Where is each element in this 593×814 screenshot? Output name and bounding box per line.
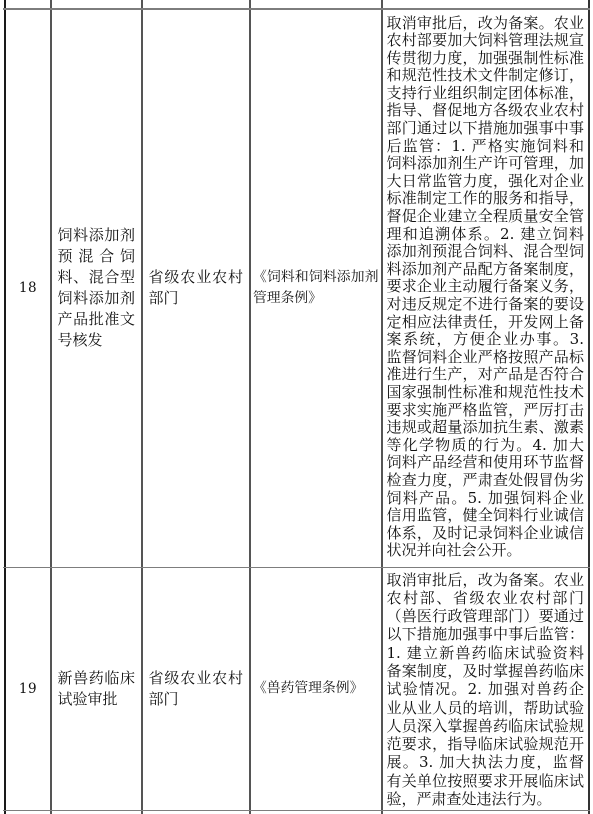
item-name-cell: 饲料添加剂预混合饲料、混合型饲料添加剂产品批准文号核发 [52,10,142,566]
seq-number: 18 [19,280,37,296]
authority-text: 省级农业农村部门 [149,668,244,710]
authority-cell: 省级农业农村部门 [143,10,250,566]
legal-basis-text: 《兽药管理条例》 [253,678,379,699]
table-border-right [588,0,590,814]
table-rule-bottom [3,810,590,812]
seq-cell: 18 [6,10,50,566]
document-page: 18 饲料添加剂预混合饲料、混合型饲料添加剂产品批准文号核发 省级农业农村部门 … [0,0,593,814]
item-name-text: 饲料添加剂预混合饲料、混合型饲料添加剂产品批准文号核发 [58,225,136,351]
authority-cell: 省级农业农村部门 [143,568,250,809]
item-name-text: 新兽药临床试验审批 [58,668,136,710]
authority-text: 省级农业农村部门 [149,267,244,309]
legal-basis-cell: 《兽药管理条例》 [251,568,382,809]
measures-cell: 取消审批后，改为备案。农业农村部要加大饲料管理法规宣传贯彻力度，加强强制性标准和… [383,10,589,566]
item-name-cell: 新兽药临床试验审批 [52,568,142,809]
legal-basis-text: 《饲料和饲料添加剂管理条例》 [253,267,379,309]
seq-cell: 19 [6,568,50,809]
measures-cell: 取消审批后，改为备案。农业农村部、省级农业农村部门（兽医行政管理部门）要通过以下… [383,568,589,809]
legal-basis-cell: 《饲料和饲料添加剂管理条例》 [251,10,382,566]
seq-number: 19 [19,681,37,697]
